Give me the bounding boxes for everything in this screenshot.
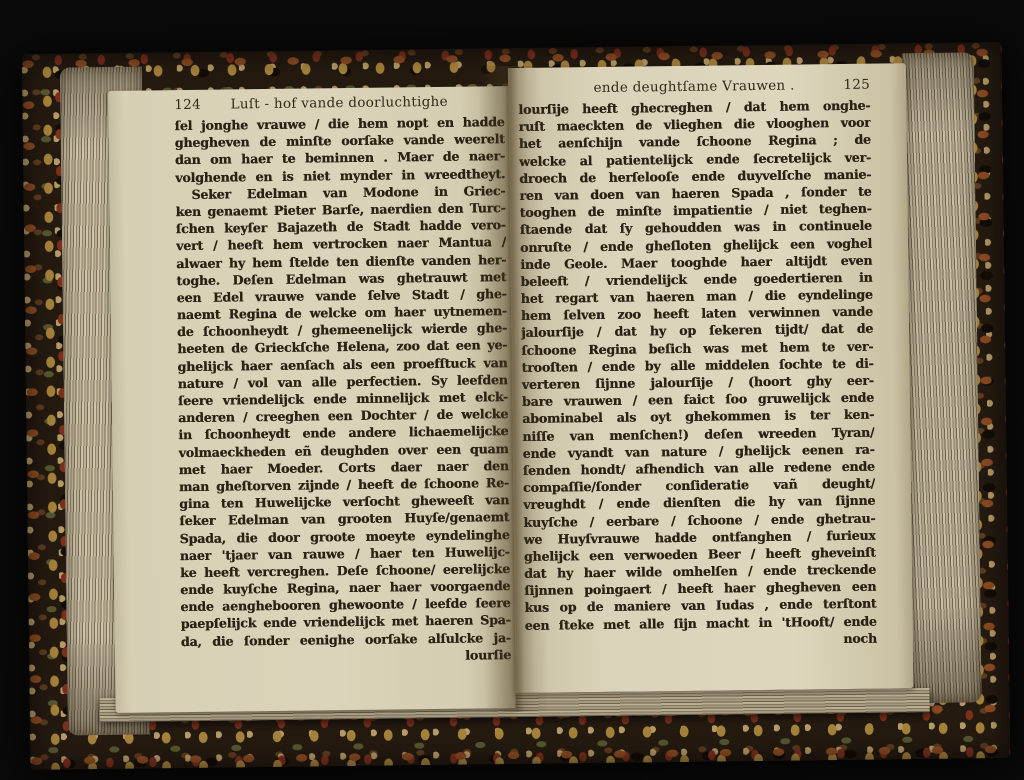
left-page-number: 124 [174, 96, 210, 115]
photo-background: 124 Luſt - hof vande doorluchtighe ſel j… [0, 0, 1024, 780]
right-text-block: lourſije heeft ghecreghen / dat hem ongh… [518, 97, 876, 634]
right-page-header: ende deughtſame Vrauwen . 125 [518, 76, 870, 99]
left-running-title: Luſt - hof vande doorluchtighe [210, 93, 468, 115]
right-page-number: 125 [834, 76, 870, 95]
left-page-content: 124 Luſt - hof vande doorluchtighe ſel j… [174, 92, 511, 667]
left-page-header: 124 Luſt - hof vande doorluchtighe [174, 92, 504, 115]
right-page-content: ende deughtſame Vrauwen . 125 lourſije h… [518, 76, 877, 651]
book: 124 Luſt - hof vande doorluchtighe ſel j… [22, 42, 1011, 770]
left-text-block: ſel jonghe vrauwe / die hem nopt en hadd… [174, 113, 510, 650]
left-page: 124 Luſt - hof vande doorluchtighe ſel j… [108, 86, 516, 713]
right-running-title: ende deughtſame Vrauwen . [554, 76, 834, 98]
leaf-edges-right [902, 52, 982, 703]
right-page: ende deughtſame Vrauwen . 125 lourſije h… [508, 63, 914, 693]
